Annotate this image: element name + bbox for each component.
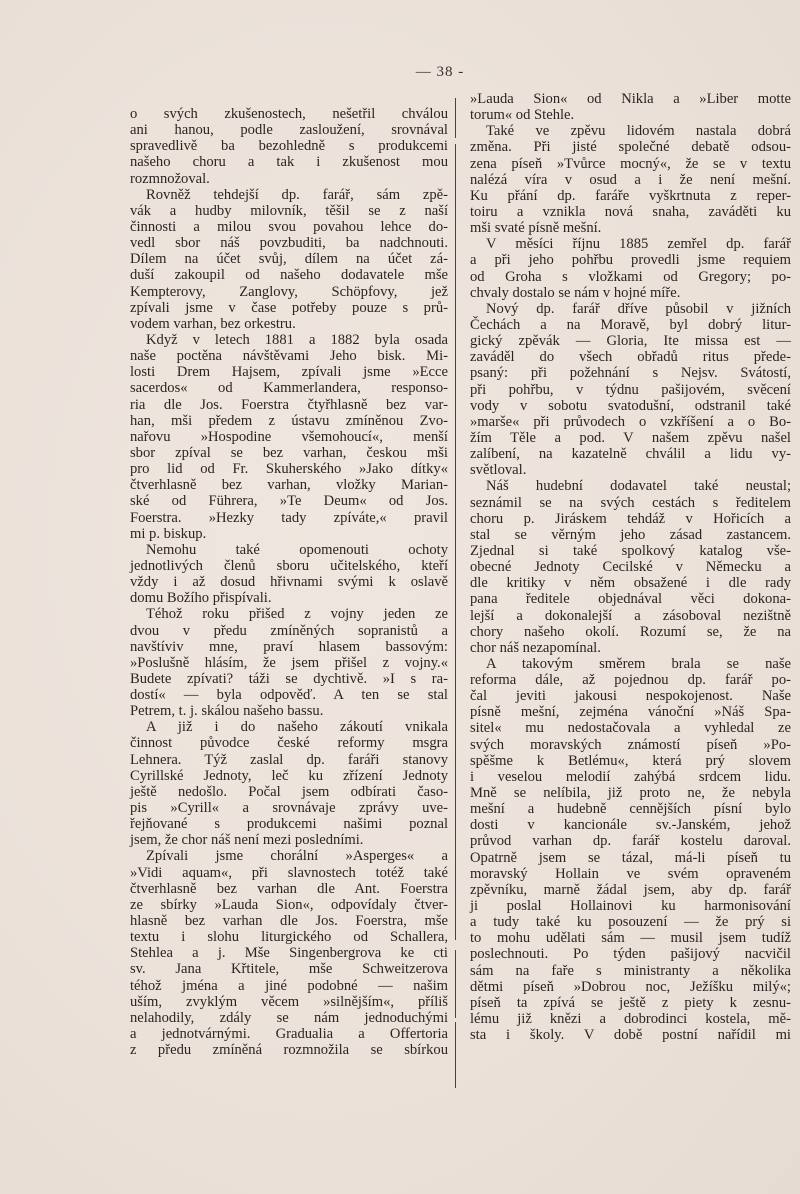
text-line: Mně se nelíbila, již proto ne, že nebyla xyxy=(470,785,791,801)
text-line: spěšme k Betlému«, která prý slovem xyxy=(470,753,791,769)
text-line: navštíviv mne, praví hlasem bassovým: xyxy=(130,639,448,655)
text-line: jsem, že chor náš není mezi posledními. xyxy=(130,832,448,848)
text-line: dvou v předu zmíněných sopranistů a xyxy=(130,623,448,639)
text-line: Lehnera. Týž zaslal dp. faráři stanovy xyxy=(130,752,448,768)
left-column: o svých zkušenostech, nešetřil chválouan… xyxy=(130,106,448,1058)
text-line: hlasně bez varhan dle Jos. Foerstra, mše xyxy=(130,913,448,929)
text-line: Dílem na účet svůj, dílem na účet zá- xyxy=(130,251,448,267)
text-line: dostí« — byla odpověď. A ten se stal xyxy=(130,687,448,703)
text-line: vák a hudby milovník, těšil se z naší xyxy=(130,203,448,219)
text-line: téhož jména a jiné podobné — našim xyxy=(130,978,448,994)
text-line: »marše« při průvodech o vzkříšení a o Bo… xyxy=(470,414,791,430)
text-line: V měsíci říjnu 1885 zemřel dp. farář xyxy=(470,236,791,252)
text-line: chvaly dostalo se nám v hojné míře. xyxy=(470,285,791,301)
text-line: reforma dále, až pojednou dp. farář po- xyxy=(470,672,791,688)
text-line: řejňované s produkcemi našimi poznal xyxy=(130,816,448,832)
text-line: z předu zmíněná rozmnožila se sbírkou xyxy=(130,1042,448,1058)
text-line: A takovým směrem brala se naše xyxy=(470,656,791,672)
text-line: Budete zpívati? táži se dychtivě. »I s r… xyxy=(130,671,448,687)
text-line: psaný: při požehnání s Nejsv. Svátostí, xyxy=(470,365,791,381)
text-line: dle kritiky v něm obsažené i dle rady xyxy=(470,575,791,591)
text-line: domu Božího přispívali. xyxy=(130,590,448,606)
text-line: vody v sobotu svatodušní, odstranil také xyxy=(470,398,791,414)
scanned-page: — 38 - o svých zkušenostech, nešetřil ch… xyxy=(0,0,800,1194)
text-line: nalézá víra v osud a i že není mešní. xyxy=(470,172,791,188)
text-line: spravedlivě ba bezohledně s produkcemi xyxy=(130,138,448,154)
text-line: zpěvníku, marně žádal jsem, aby dp. fará… xyxy=(470,882,791,898)
text-line: lejší a dokonalejší a zásoboval nezištně xyxy=(470,608,791,624)
text-line: ze sbírky »Lauda Sion«, odpovídaly čtver… xyxy=(130,897,448,913)
text-line: gický zpěvák — Gloria, Ite missa est — xyxy=(470,333,791,349)
text-line: průvod varhan dp. farář kostelu daroval. xyxy=(470,833,791,849)
text-line: a při jeho pohřbu provedli jsme requiem xyxy=(470,252,791,268)
text-line: a tudy také ku posouzení — že prý si xyxy=(470,914,791,930)
text-line: Také ve zpěvu lidovém nastala dobrá xyxy=(470,123,791,139)
text-line: pana ředitele objednával věci dokona- xyxy=(470,591,791,607)
text-line: i veselou melodií zahýbá srdcem lidu. xyxy=(470,769,791,785)
text-line: svých moravských známostí píseň »Po- xyxy=(470,737,791,753)
text-line: duší zakoupil od našeho dodavatele mše xyxy=(130,267,448,283)
text-line: Zpívali jsme chorální »Asperges« a xyxy=(130,848,448,864)
text-line: Rovněž tehdejší dp. farář, sám zpě- xyxy=(130,187,448,203)
text-line: sitel« mu nedostačovala a vyhledal ze xyxy=(470,720,791,736)
text-line: Nemohu také opomenouti ochoty xyxy=(130,542,448,558)
column-divider-gap xyxy=(454,1018,457,1022)
text-line: ještě nedošlo. Počal jsem odbírati časo- xyxy=(130,784,448,800)
text-line: pis »Cyrill« a srovnávaje zprávy uve- xyxy=(130,800,448,816)
text-line: Ku přání dp. faráře vyškrtnuta z reper- xyxy=(470,188,791,204)
text-line: lému již knězi a dobrodinci kostela, mě- xyxy=(470,1011,791,1027)
text-line: uším, zvyklým věcem »silnějším«, příliš xyxy=(130,994,448,1010)
text-line: zpívali jsme v čase potřeby pouze s prů- xyxy=(130,300,448,316)
text-line: han, mši předem z ústavu zmíněnou Zvo- xyxy=(130,413,448,429)
page-number: — 38 - xyxy=(380,64,500,81)
text-line: torum« od Stehle. xyxy=(470,107,791,123)
text-line: sacerdos« od Kammerlandera, responso- xyxy=(130,380,448,396)
text-line: změna. Při jisté společné debatě odsou- xyxy=(470,139,791,155)
text-line: při pohřbu, v týdnu pašijovém, svěcení xyxy=(470,382,791,398)
text-line: vždy i až dosud hřivnami svými k oslavě xyxy=(130,574,448,590)
text-line: vodem varhan, bez orkestru. xyxy=(130,316,448,332)
text-line: mši svaté písně mešní. xyxy=(470,220,791,236)
text-line: Foerstra. »Hezky tady zpíváte,« pravil xyxy=(130,510,448,526)
column-divider-gap xyxy=(454,138,457,144)
text-line: čtverhlasně bez varhan, vložky Marian- xyxy=(130,477,448,493)
text-line: chor náš nezapomínal. xyxy=(470,640,791,656)
text-line: »Lauda Sion« od Nikla a »Liber motte xyxy=(470,91,791,107)
text-line: mešní a hudebně cennějších písní bylo xyxy=(470,801,791,817)
text-line: činnost původce české reformy msgra xyxy=(130,735,448,751)
text-line: ria dle Jos. Foerstra čtyřhlasně bez var… xyxy=(130,397,448,413)
text-line: Zjednal si také spolkový katalog vše- xyxy=(470,543,791,559)
text-line: písně mešní, zejména vánoční »Náš Spa- xyxy=(470,704,791,720)
text-line: jednotlivých členů sboru učitelského, kt… xyxy=(130,558,448,574)
text-line: sbor zpíval se bez varhan, českou mši xyxy=(130,445,448,461)
text-line: ji poslal Hollainovi ku harmonisování xyxy=(470,898,791,914)
text-line: nelahodily, zdály se nám jednoduchými xyxy=(130,1010,448,1026)
text-line: chory našeho okolí. Rozumí se, že na xyxy=(470,624,791,640)
text-line: moravský Hollain ve svém opraveném xyxy=(470,866,791,882)
text-line: sám na faře s ministranty a několika xyxy=(470,963,791,979)
text-line: naše poctěna návštěvami Jeho bisk. Mi- xyxy=(130,348,448,364)
text-line: zalíbení, na kazatelně chválil a lidu vy… xyxy=(470,446,791,462)
text-line: činnosti a milou svou povahou lehce do- xyxy=(130,219,448,235)
text-line: Opatrně jsem se tázal, má-li píseň tu xyxy=(470,850,791,866)
text-line: našeho choru a tak i zkušenost mou xyxy=(130,154,448,170)
text-line: obecné Jednoty Cecilské v Německu a xyxy=(470,559,791,575)
text-line: čtverhlasně bez varhan dle Ant. Foerstra xyxy=(130,881,448,897)
text-line: nařovu »Hospodine všemohoucí«, menší xyxy=(130,429,448,445)
text-line: ské od Führera, »Te Deum« od Jos. xyxy=(130,493,448,509)
right-column: »Lauda Sion« od Nikla a »Liber mottetoru… xyxy=(470,91,791,1043)
text-line: Téhož roku přišed z vojny jeden ze xyxy=(130,606,448,622)
text-line: Kempterovy, Zanglovy, Schöpfovy, jež xyxy=(130,284,448,300)
text-line: »Poslušně hlásím, že jsem přišel z vojny… xyxy=(130,655,448,671)
text-line: dosti v kancionále sv.-Janském, jehož xyxy=(470,817,791,833)
text-line: od Groha s vložkami od Gregory; po- xyxy=(470,269,791,285)
text-line: sta i školy. V době postní nařídil mi xyxy=(470,1027,791,1043)
text-line: poslechnouti. Po týden pašijový nacvičil xyxy=(470,946,791,962)
text-line: vedl sbor náš povzbuditi, ba nadchnouti. xyxy=(130,235,448,251)
text-line: dětmi píseň »Dobrou noc, Ježíšku milý«; xyxy=(470,979,791,995)
text-line: to mohu udělati sám — musil jsem tudíž xyxy=(470,930,791,946)
text-line: toiru a vznikla nová snaha, zaváděti ku xyxy=(470,204,791,220)
text-line: stal se věrným jeho zásad zastancem. xyxy=(470,527,791,543)
text-line: rozmnožoval. xyxy=(130,171,448,187)
text-line: čal jeviti jakousi nespokojenost. Naše xyxy=(470,688,791,704)
text-line: zena píseň »Tvůrce mocný«, že se v textu xyxy=(470,156,791,172)
text-line: Nový dp. farář dříve působil v jižních xyxy=(470,301,791,317)
text-line: »Vidi aquam«, při slavnostech totéž také xyxy=(130,865,448,881)
text-line: světloval. xyxy=(470,462,791,478)
text-line: pro lid od Fr. Skuherského »Jako dítky« xyxy=(130,461,448,477)
text-line: Když v letech 1881 a 1882 byla osada xyxy=(130,332,448,348)
text-line: losti Drem Hajsem, zpívali jsme »Ecce xyxy=(130,364,448,380)
text-line: píseň ta zpívá se ještě z piety k zesnu- xyxy=(470,995,791,1011)
text-line: A již i do našeho zákoutí vnikala xyxy=(130,719,448,735)
text-line: žím Těle a pod. V našem zpěvu našel xyxy=(470,430,791,446)
text-line: o svých zkušenostech, nešetřil chválou xyxy=(130,106,448,122)
text-line: Čechách a na Moravě, byl dobrý litur- xyxy=(470,317,791,333)
text-line: mi p. biskup. xyxy=(130,526,448,542)
text-line: Stehlea a j. Mše Singenbergrova ke cti xyxy=(130,945,448,961)
text-line: choru p. Jiráskem tehdáž v Hořicích a xyxy=(470,511,791,527)
text-line: zaváděl do všech obřadů ritus přede- xyxy=(470,349,791,365)
text-line: a jednotvárnými. Gradualia a Offertoria xyxy=(130,1026,448,1042)
text-line: sv. Jana Křtitele, mše Schweitzerova xyxy=(130,961,448,977)
text-line: ani hanou, podle zasloužení, srovnával xyxy=(130,122,448,138)
text-line: Cyrillské Jednoty, leč ku zřízení Jednot… xyxy=(130,768,448,784)
column-divider-gap xyxy=(454,940,457,950)
text-line: Petrem, t. j. skálou našeho bassu. xyxy=(130,703,448,719)
text-line: seznámil se na svých cestách s ředitelem xyxy=(470,495,791,511)
text-line: textu i slohu liturgického od Schallera, xyxy=(130,929,448,945)
text-line: Náš hudební dodavatel také neustal; xyxy=(470,478,791,494)
